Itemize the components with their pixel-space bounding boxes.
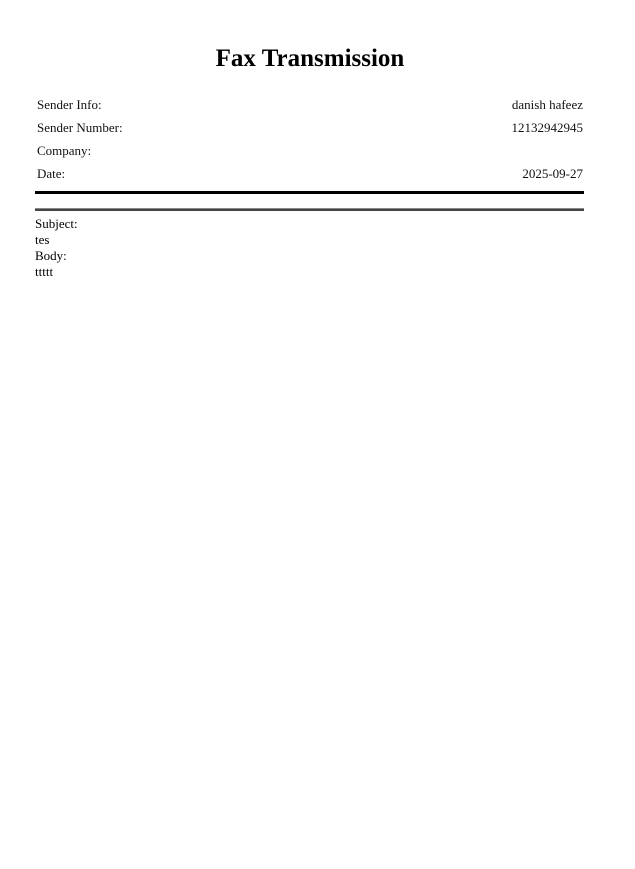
- message-content: Subject: tes Body: ttttt: [35, 216, 78, 280]
- sender-info-value: danish hafeez: [512, 95, 583, 118]
- date-row: Date: 2025-09-27: [37, 164, 583, 187]
- fax-cover-page: Fax Transmission Sender Info: danish haf…: [0, 0, 635, 869]
- company-label: Company:: [37, 141, 91, 164]
- subject-value: tes: [35, 232, 78, 248]
- body-value: ttttt: [35, 264, 78, 280]
- sender-info-label: Sender Info:: [37, 95, 102, 118]
- sender-number-value: 12132942945: [512, 118, 584, 141]
- sender-number-row: Sender Number: 12132942945: [37, 118, 583, 141]
- header-divider-thin: [35, 208, 584, 211]
- body-label: Body:: [35, 248, 78, 264]
- company-row: Company:: [37, 141, 583, 164]
- sender-number-label: Sender Number:: [37, 118, 123, 141]
- date-value: 2025-09-27: [522, 164, 583, 187]
- subject-label: Subject:: [35, 216, 78, 232]
- header-divider-thick: [35, 191, 584, 194]
- sender-info-row: Sender Info: danish hafeez: [37, 95, 583, 118]
- sender-info-block: Sender Info: danish hafeez Sender Number…: [37, 95, 583, 187]
- date-label: Date:: [37, 164, 65, 187]
- page-title: Fax Transmission: [0, 44, 620, 74]
